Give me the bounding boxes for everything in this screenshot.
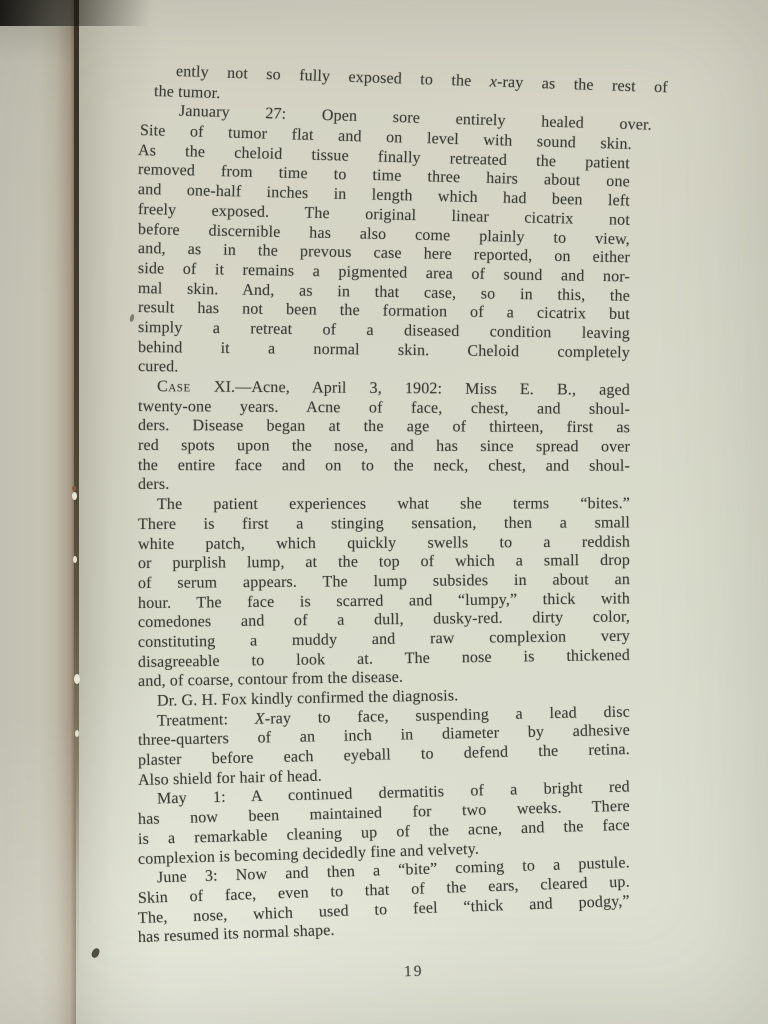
photo-corner-shadow (0, 0, 250, 26)
text-line: red spots upon the nose, and has since s… (138, 436, 630, 457)
page-number: 19 (404, 963, 424, 982)
text-line: The patient experiences what she terms “… (138, 494, 630, 515)
page-text: ently not so fully exposed to the x-ray … (138, 62, 630, 948)
paragraph: June 3: Now and then a “bite” coming to … (138, 869, 630, 948)
text-line: There is first a stinging sensation, the… (138, 513, 630, 534)
text-line: ders. Disease began at the age of thirte… (138, 416, 630, 438)
book-page-photo: ently not so fully exposed to the x-ray … (0, 0, 768, 1024)
paragraph: January 27: Open sore entirely healed ov… (138, 101, 630, 377)
paragraph: ently not so fully exposed to the x-ray … (138, 62, 630, 101)
paragraph: Case XI.—Acne, April 3, 1902: Miss E. B.… (138, 377, 630, 495)
text-line: ders. (138, 475, 630, 495)
facing-page-edge (0, 0, 76, 1024)
paragraph: The patient experiences what she terms “… (138, 495, 630, 692)
text-line: the entire face and on to the neck, ches… (138, 456, 630, 476)
